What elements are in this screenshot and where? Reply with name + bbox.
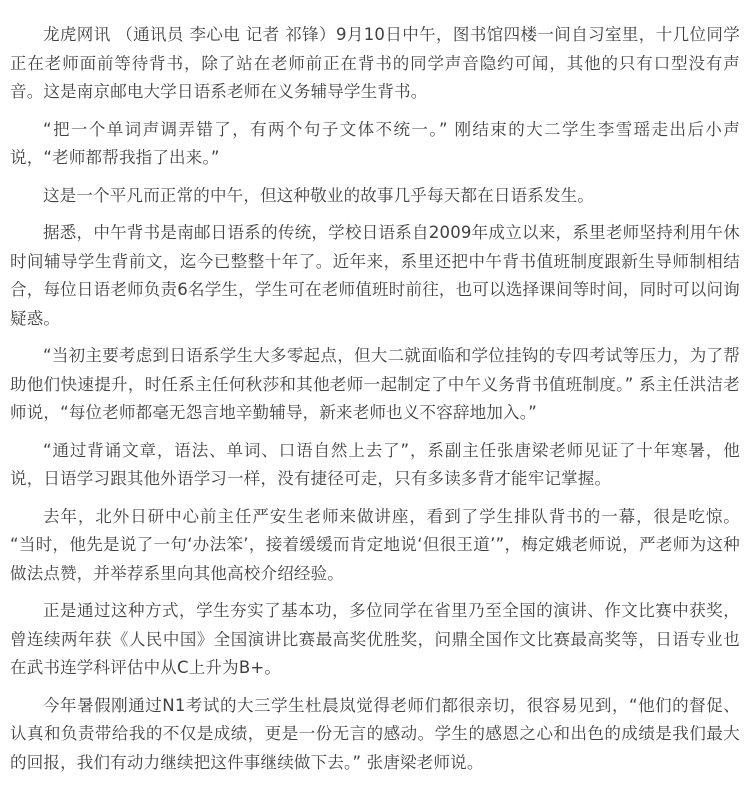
article-paragraph-quote-zhangtangliang: “通过背诵文章，语法、单词、口语自然上去了”，系副主任张唐梁老师见证了十年寒暑，… [10, 437, 740, 494]
article-paragraph-lecture-story: 去年，北外日研中心前主任严安生老师来做讲座，看到了学生排队背书的一幕，很是吃惊。… [10, 503, 740, 589]
article-paragraph-summary: 这是一个平凡而正常的中午，但这种敬业的故事几乎每天都在日语系发生。 [10, 182, 740, 211]
article-paragraph-quote-student: “把一个单词声调弄错了，有两个句子文体不统一。” 刚结束的大二学生李雪瑶走出后小… [10, 116, 740, 173]
article-body: 龙虎网讯 （通讯员 李心电 记者 祁锋）9月10日中午，图书馆四楼一间自习室里，… [0, 0, 749, 796]
article-paragraph-closing: 今年暑假刚通过N1考试的大三学生杜晨岚觉得老师们都很亲切，很容易见到，“他们的督… [10, 692, 740, 778]
article-paragraph-lead: 龙虎网讯 （通讯员 李心电 记者 祁锋）9月10日中午，图书馆四楼一间自习室里，… [10, 21, 740, 107]
article-paragraph-achievements: 正是通过这种方式，学生夯实了基本功，多位同学在省里乃至全国的演讲、作文比赛中获奖… [10, 597, 740, 683]
article-paragraph-tradition: 据悉，中午背书是南邮日语系的传统，学校日语系自2009年成立以来，系里老师坚持利… [10, 219, 740, 333]
article-paragraph-quote-hongjie: “当初主要考虑到日语系学生大多零起点，但大二就面临和学位挂钩的专四考试等压力，为… [10, 342, 740, 428]
